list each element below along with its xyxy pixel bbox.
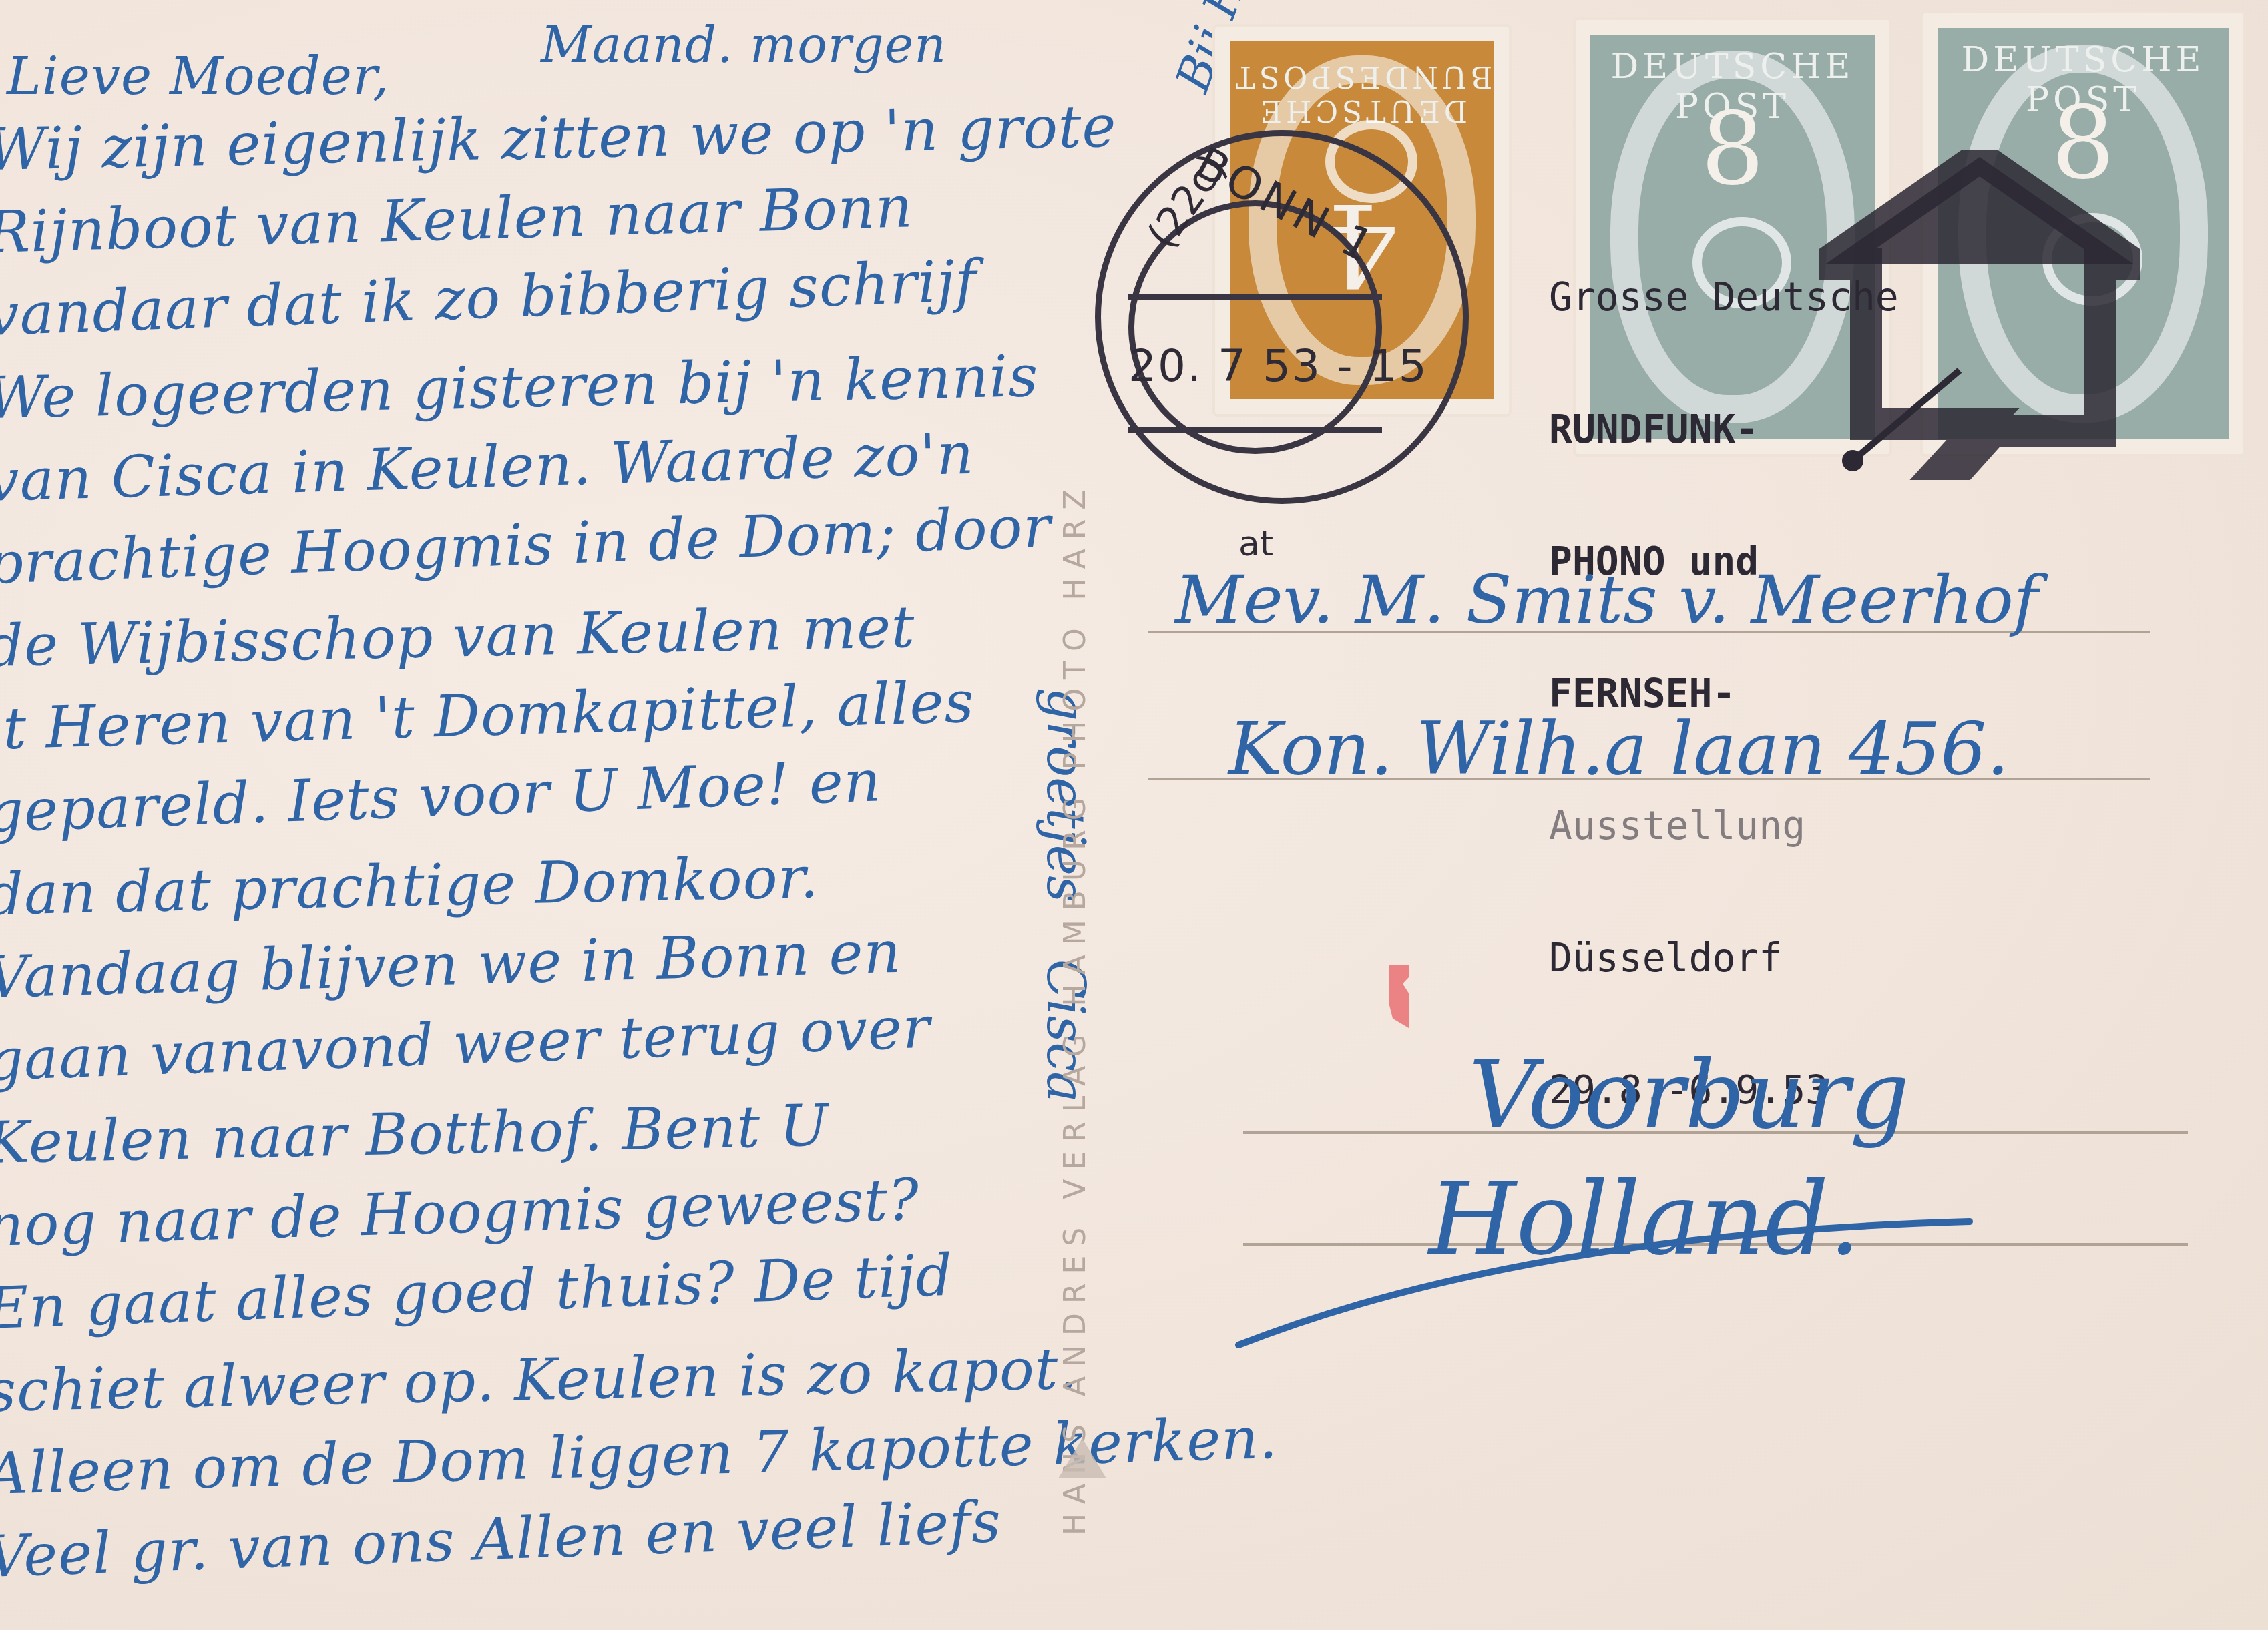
address-flourish [0, 0, 2268, 1630]
postcard: Lieve Moeder, Maand. morgen Wij zijn eig… [0, 0, 2268, 1630]
